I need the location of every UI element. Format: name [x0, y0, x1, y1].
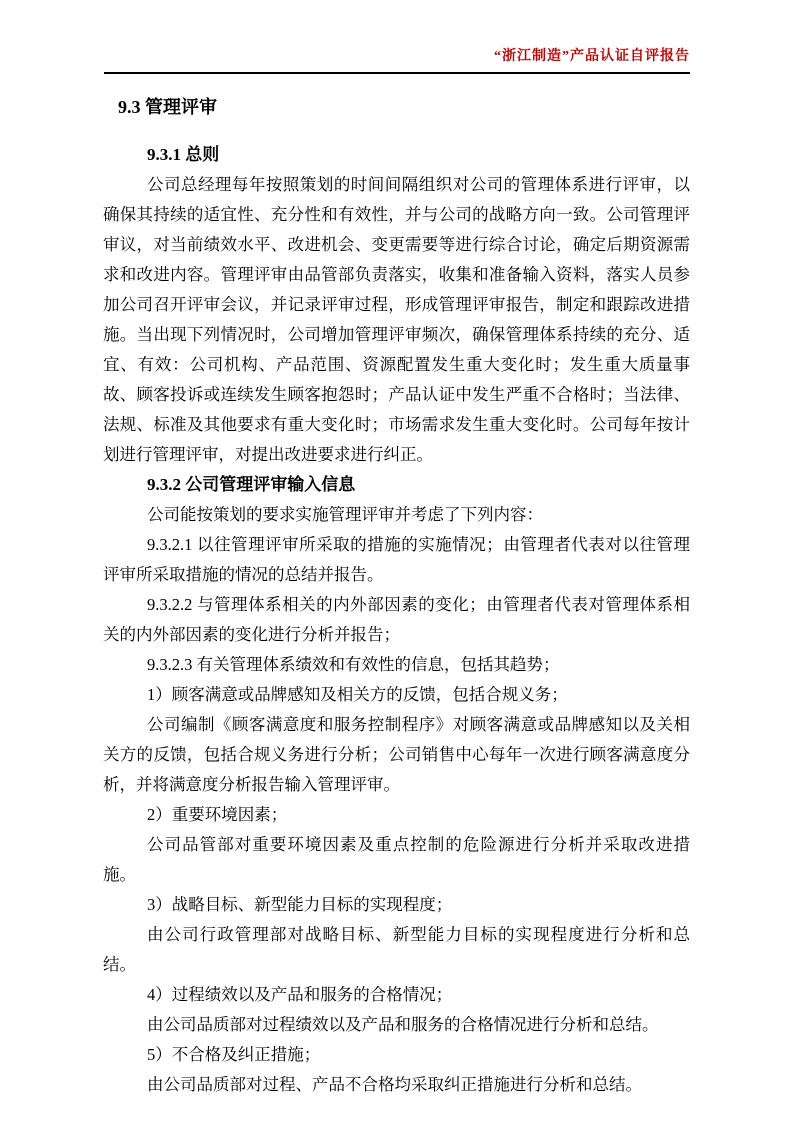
paragraph-item-3-detail: 由公司行政管理部对战略目标、新型能力目标的实现程度进行分析和总结。 [103, 920, 690, 980]
document-page: “浙江制造”产品认证自评报告 9.3 管理评审 9.3.1 总则 公司总经理每年… [0, 0, 800, 1131]
list-item-1: 1）顾客满意或品牌感知及相关方的反馈，包括合规义务； [103, 680, 690, 710]
list-item-5: 5）不合格及纠正措施； [103, 1040, 690, 1070]
paragraph-item-2-detail: 公司品管部对重要环境因素及重点控制的危险源进行分析并采取改进措施。 [103, 830, 690, 890]
section-heading-9-3-1: 9.3.1 总则 [103, 140, 690, 170]
document-body: 9.3 管理评审 9.3.1 总则 公司总经理每年按照策划的时间间隔组织对公司的… [103, 92, 690, 1100]
paragraph-intro: 公司能按策划的要求实施管理评审并考虑了下列内容： [103, 500, 690, 530]
report-header: “浙江制造”产品认证自评报告 [104, 47, 690, 67]
section-heading-9-3-2: 9.3.2 公司管理评审输入信息 [103, 470, 690, 500]
header-divider [104, 72, 690, 74]
report-header-title: “浙江制造”产品认证自评报告 [494, 49, 690, 64]
list-item-3: 3）战略目标、新型能力目标的实现程度； [103, 890, 690, 920]
list-item-4: 4）过程绩效以及产品和服务的合格情况； [103, 980, 690, 1010]
paragraph-item-5-detail: 由公司品质部对过程、产品不合格均采取纠正措施进行分析和总结。 [103, 1070, 690, 1100]
paragraph-9-3-2-1: 9.3.2.1 以往管理评审所采取的措施的实施情况；由管理者代表对以往管理评审所… [103, 530, 690, 590]
paragraph-item-4-detail: 由公司品质部对过程绩效以及产品和服务的合格情况进行分析和总结。 [103, 1010, 690, 1040]
list-item-2: 2）重要环境因素； [103, 800, 690, 830]
section-heading-9-3: 9.3 管理评审 [118, 92, 690, 122]
paragraph-9-3-2-2: 9.3.2.2 与管理体系相关的内外部因素的变化；由管理者代表对管理体系相关的内… [103, 590, 690, 650]
paragraph-item-1-detail: 公司编制《顾客满意度和服务控制程序》对顾客满意或品牌感知以及关相关方的反馈，包括… [103, 710, 690, 800]
paragraph-9-3-2-3: 9.3.2.3 有关管理体系绩效和有效性的信息，包括其趋势； [103, 650, 690, 680]
paragraph-general: 公司总经理每年按照策划的时间间隔组织对公司的管理体系进行评审，以确保其持续的适宜… [103, 170, 690, 470]
